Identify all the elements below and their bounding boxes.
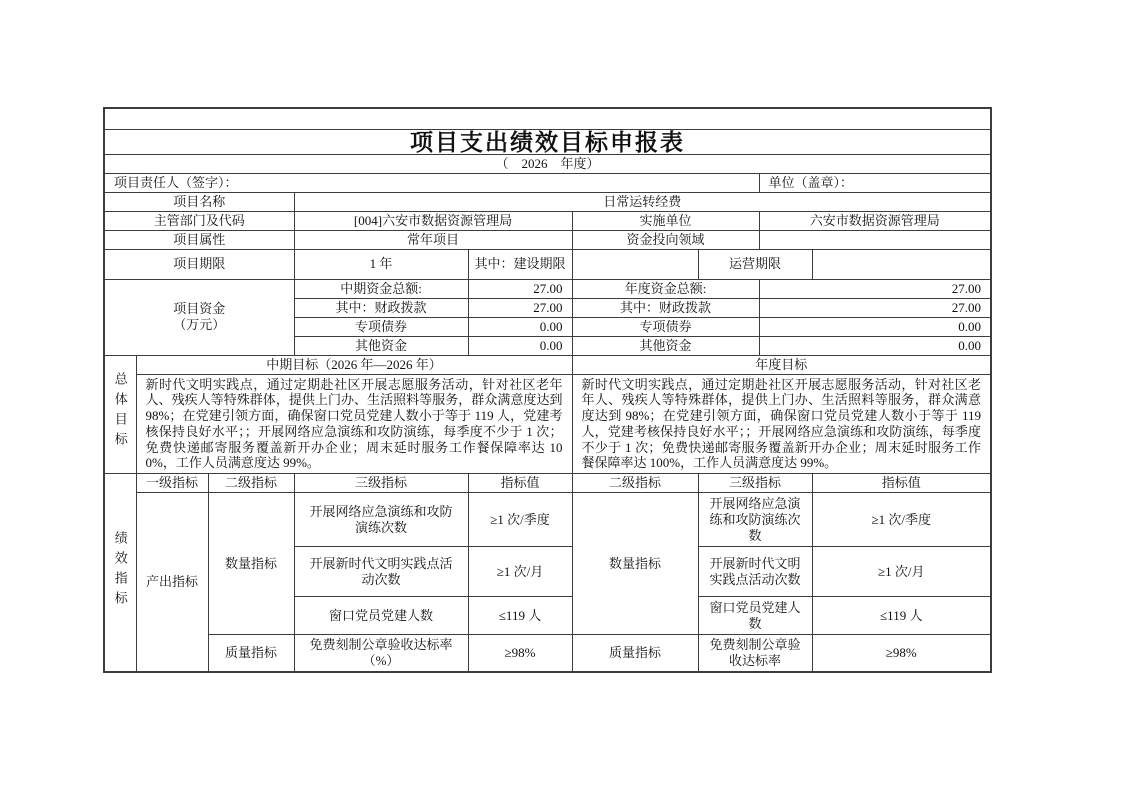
form-title: 项目支出绩效目标申报表 xyxy=(104,129,991,154)
indicator-value-right-4: ≥98% xyxy=(812,635,991,672)
mid-total-value: 27.00 xyxy=(468,279,572,298)
annual-total-value: 27.00 xyxy=(759,279,991,298)
invest-field-label: 资金投向领域 xyxy=(572,230,759,249)
quality-label-right: 质量指标 xyxy=(572,635,698,672)
header-value-left: 指标值 xyxy=(468,474,572,493)
annual-bond-label: 专项债券 xyxy=(572,317,759,336)
indicator-name-right-4: 免费刻制公章验收达标率 xyxy=(698,635,812,672)
indicator-value-left-1: ≥1 次/季度 xyxy=(468,493,572,547)
operate-period-label: 运营期限 xyxy=(698,249,812,279)
annual-goal-text: 新时代文明实践点，通过定期赴社区开展志愿服务活动，针对社区老年人、残疾人等特殊群… xyxy=(572,374,991,474)
mid-fiscal-label: 其中：财政拨款 xyxy=(294,298,468,317)
indicator-value-left-3: ≤119 人 xyxy=(468,597,572,635)
quantity-label-left: 数量指标 xyxy=(208,493,294,635)
mid-fiscal-value: 27.00 xyxy=(468,298,572,317)
mid-other-value: 0.00 xyxy=(468,336,572,355)
project-name-label: 项目名称 xyxy=(104,192,294,211)
indicators-row-label: 绩效指标 xyxy=(104,474,136,672)
annual-bond-value: 0.00 xyxy=(759,317,991,336)
level1-output-label: 产出指标 xyxy=(136,493,208,672)
project-name-value: 日常运转经费 xyxy=(294,192,991,211)
indicator-name-right-1: 开展网络应急演练和攻防演练次数 xyxy=(698,493,812,547)
dept-value: [004]六安市数据资源管理局 xyxy=(294,211,572,230)
header-level2-left: 二级指标 xyxy=(208,474,294,493)
indicator-value-left-2: ≥1 次/月 xyxy=(468,547,572,597)
mid-bond-label: 专项债券 xyxy=(294,317,468,336)
indicator-name-left-3: 窗口党员党建人数 xyxy=(294,597,468,635)
header-level1: 一级指标 xyxy=(136,474,208,493)
indicator-value-right-2: ≥1 次/月 xyxy=(812,547,991,597)
mid-other-label: 其他资金 xyxy=(294,336,468,355)
quantity-label-right: 数量指标 xyxy=(572,493,698,635)
form-year-line: （ 2026 年度） xyxy=(104,154,991,173)
period-value: 1 年 xyxy=(294,249,468,279)
attr-value: 常年项目 xyxy=(294,230,572,249)
impl-unit-label: 实施单位 xyxy=(572,211,759,230)
attr-label: 项目属性 xyxy=(104,230,294,249)
mid-total-label: 中期资金总额: xyxy=(294,279,468,298)
build-period-label: 其中：建设期限 xyxy=(468,249,572,279)
annual-total-label: 年度资金总额: xyxy=(572,279,759,298)
seal-label: 单位（盖章）： xyxy=(759,173,991,192)
annual-other-value: 0.00 xyxy=(759,336,991,355)
header-level3-right: 三级指标 xyxy=(698,474,812,493)
quality-label-left: 质量指标 xyxy=(208,635,294,672)
indicator-name-left-1: 开展网络应急演练和攻防演练次数 xyxy=(294,493,468,547)
mid-bond-value: 0.00 xyxy=(468,317,572,336)
form-table: 项目支出绩效目标申报表 （ 2026 年度） 项目责任人（签字）： 单位（盖章）… xyxy=(103,107,992,673)
header-value-right: 指标值 xyxy=(812,474,991,493)
funding-label: 项目资金 （万元） xyxy=(104,279,294,355)
operate-period-value xyxy=(812,249,991,279)
header-level2-right: 二级指标 xyxy=(572,474,698,493)
overall-goal-row-label: 总体目标 xyxy=(104,355,136,474)
mid-goal-header: 中期目标（2026 年—2026 年） xyxy=(136,355,572,374)
funding-label-line2: （万元） xyxy=(109,317,290,333)
indicator-name-right-2: 开展新时代文明实践点活动次数 xyxy=(698,547,812,597)
header-level3-left: 三级指标 xyxy=(294,474,468,493)
annual-fiscal-label: 其中：财政拨款 xyxy=(572,298,759,317)
indicator-name-right-3: 窗口党员党建人数 xyxy=(698,597,812,635)
dept-label: 主管部门及代码 xyxy=(104,211,294,230)
indicator-name-left-4: 免费刻制公章验收达标率（%） xyxy=(294,635,468,672)
indicator-value-left-4: ≥98% xyxy=(468,635,572,672)
period-label: 项目期限 xyxy=(104,249,294,279)
funding-label-line1: 项目资金 xyxy=(109,301,290,317)
build-period-value xyxy=(572,249,698,279)
annual-fiscal-value: 27.00 xyxy=(759,298,991,317)
declaration-form: 项目支出绩效目标申报表 （ 2026 年度） 项目责任人（签字）： 单位（盖章）… xyxy=(103,107,992,673)
impl-unit-value: 六安市数据资源管理局 xyxy=(759,211,991,230)
blank-top-row xyxy=(104,108,991,129)
annual-other-label: 其他资金 xyxy=(572,336,759,355)
annual-goal-header: 年度目标 xyxy=(572,355,991,374)
signer-label: 项目责任人（签字）： xyxy=(104,173,759,192)
indicator-value-right-3: ≤119 人 xyxy=(812,597,991,635)
mid-goal-text: 新时代文明实践点，通过定期赴社区开展志愿服务活动，针对社区老年人、残疾人等特殊群… xyxy=(136,374,572,474)
invest-field-value xyxy=(759,230,991,249)
indicator-value-right-1: ≥1 次/季度 xyxy=(812,493,991,547)
indicator-name-left-2: 开展新时代文明实践点活动次数 xyxy=(294,547,468,597)
